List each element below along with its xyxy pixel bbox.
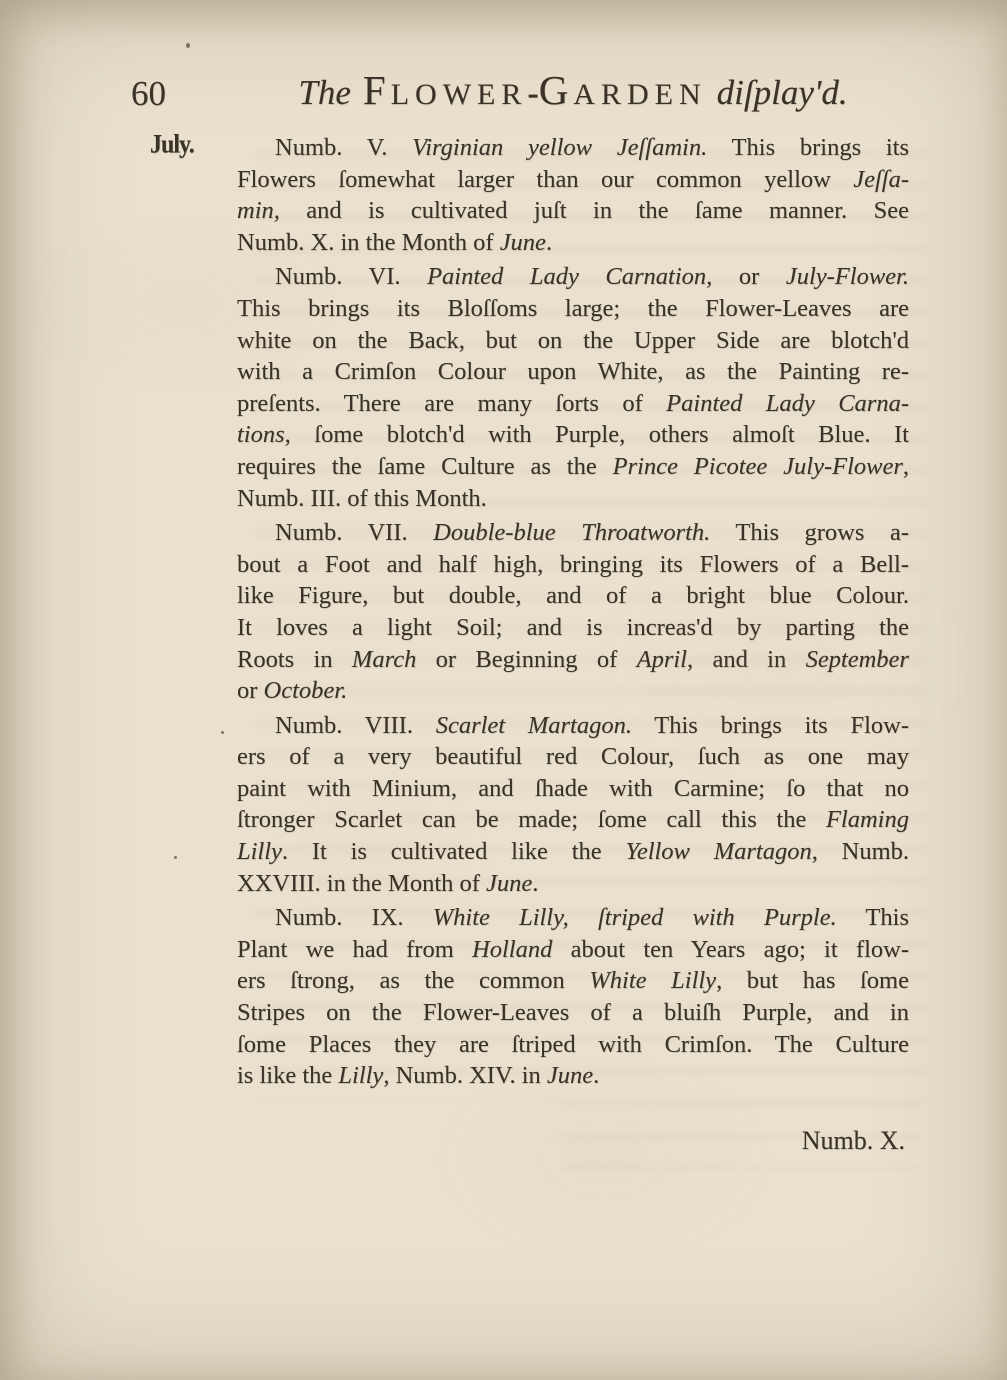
italic-text-segment: White Lilly <box>589 967 716 994</box>
text-segment: ſome blotch'd with Purple, others almoſt… <box>291 421 909 448</box>
paragraph: Numb. V. Virginian yellow Jeſſamin. This… <box>237 132 909 258</box>
header-lead-word: The <box>298 73 363 112</box>
text-line: ſome Places they are ſtriped with Crimſo… <box>237 1029 909 1061</box>
text-segment: , Numb. <box>812 838 909 865</box>
text-segment: This brings its Flow- <box>632 712 909 739</box>
text-segment: This grows a- <box>710 519 909 546</box>
italic-text-segment: June <box>500 229 546 256</box>
text-line: Numb. VII. Double-blue Throatworth. This… <box>237 517 909 549</box>
text-segment: Numb. IX. <box>275 904 433 931</box>
text-segment: Numb. X. in the Month of <box>237 229 500 256</box>
italic-text-segment: Painted Lady Carnation, <box>427 263 712 290</box>
book-page: 60 TheFLOWER-GARDENdiſplay'd. July. Numb… <box>0 0 1007 1380</box>
text-segment: XXVIII. in the Month of <box>237 870 486 897</box>
italic-text-segment: July-Flower. <box>786 263 909 290</box>
italic-text-segment: Holland <box>472 936 552 963</box>
text-line: ers of a very beautiful red Colour, ſuch… <box>237 741 909 773</box>
header-tail-word: diſplay'd. <box>707 73 848 112</box>
text-segment: . <box>546 229 552 256</box>
header-title-word1: LOWER <box>391 78 528 111</box>
text-line: Lilly. It is cultivated like the Yellow … <box>237 836 909 868</box>
italic-text-segment: Prince Picotee July-Flower <box>613 453 903 480</box>
text-segment: and is cultivated juſt in the ſame manne… <box>280 197 909 224</box>
text-line: XXVIII. in the Month of June. <box>237 868 909 900</box>
italic-text-segment: Lilly <box>237 838 282 865</box>
text-segment: This brings its <box>707 134 909 161</box>
text-segment: ers ſtrong, as the common <box>237 967 589 994</box>
text-line: white on the Back, but on the Upper Side… <box>237 325 909 357</box>
text-segment: with a Crimſon Colour upon White, as the… <box>237 358 909 385</box>
text-line: bout a Foot and half high, bringing its … <box>237 549 909 581</box>
text-line: preſents. There are many ſorts of Painte… <box>237 388 909 420</box>
italic-text-segment: Jeſſa- <box>853 166 909 193</box>
text-line: Numb. VI. Painted Lady Carnation, or Jul… <box>237 261 909 293</box>
paragraph: Numb. IX. White Lilly, ſtriped with Purp… <box>237 902 909 1092</box>
paragraph: Numb. VII. Double-blue Throatworth. This… <box>237 517 909 707</box>
header-title-initial-f: F <box>363 67 391 113</box>
text-line: or October. <box>237 675 909 707</box>
italic-text-segment: June <box>486 870 532 897</box>
italic-text-segment: Lilly <box>338 1062 383 1089</box>
paper-speck <box>174 856 177 859</box>
catchword: Numb. X. <box>237 1126 905 1156</box>
text-segment: . <box>532 870 538 897</box>
text-segment: It loves a light Soil; and is increas'd … <box>237 614 909 641</box>
header-title-hyphen: - <box>527 75 538 112</box>
text-segment: Plant we had from <box>237 936 472 963</box>
text-line: This brings its Bloſſoms large; the Flow… <box>237 293 909 325</box>
text-segment: , Numb. XIV. in <box>383 1062 547 1089</box>
text-segment: preſents. There are many ſorts of <box>237 390 666 417</box>
italic-text-segment: June <box>547 1062 593 1089</box>
text-segment: ſome Places they are ſtriped with Crimſo… <box>237 1031 909 1058</box>
text-segment: bout a Foot and half high, bringing its … <box>237 551 909 578</box>
text-line: Plant we had from Holland about ten Year… <box>237 934 909 966</box>
text-segment: paint with Minium, and ſhade with Carmin… <box>237 775 909 802</box>
italic-text-segment: Scarlet Martagon. <box>436 712 632 739</box>
text-segment: Numb. V. <box>275 134 412 161</box>
text-line: Stripes on the Flower-Leaves of a bluiſh… <box>237 997 909 1029</box>
margin-month-note: July. <box>150 131 194 160</box>
text-segment: Stripes on the Flower-Leaves of a bluiſh… <box>237 999 909 1026</box>
italic-text-segment: Virginian yellow Jeſſamin. <box>412 134 707 161</box>
text-line: Numb. IX. White Lilly, ſtriped with Purp… <box>237 902 909 934</box>
paper-speck <box>186 43 190 48</box>
text-line: requires the ſame Culture as the Prince … <box>237 451 909 483</box>
text-segment: or <box>712 263 786 290</box>
header-title-initial-g: G <box>539 67 574 113</box>
text-line: ers ſtrong, as the common White Lilly, b… <box>237 965 909 997</box>
header-title-word2: ARDEN <box>573 78 706 111</box>
text-segment: white on the Back, but on the Upper Side… <box>237 327 909 354</box>
text-segment: , but has ſome <box>716 967 909 994</box>
italic-text-segment: Double-blue Throatworth. <box>433 519 710 546</box>
italic-text-segment: Flaming <box>826 806 909 833</box>
italic-text-segment: tions, <box>237 421 291 448</box>
text-segment: Roots in <box>237 646 352 673</box>
text-segment: is like the <box>237 1062 338 1089</box>
text-segment: . It is cultivated like the <box>282 838 626 865</box>
page-number: 60 <box>131 74 166 114</box>
text-segment: or Beginning of <box>416 646 636 673</box>
text-segment: Numb. VI. <box>275 263 427 290</box>
text-segment: ers of a very beautiful red Colour, ſuch… <box>237 743 909 770</box>
italic-text-segment: October. <box>264 677 348 704</box>
running-header: TheFLOWER-GARDENdiſplay'd. <box>237 66 909 114</box>
text-line: Flowers ſomewhat larger than our common … <box>237 164 909 196</box>
italic-text-segment: Painted Lady Carna- <box>666 390 909 417</box>
text-segment: Flowers ſomewhat larger than our common … <box>237 166 853 193</box>
text-segment: . <box>593 1062 599 1089</box>
text-segment: like Figure, but double, and of a bright… <box>237 582 909 609</box>
italic-text-segment: March <box>352 646 416 673</box>
italic-text-segment: September <box>806 646 909 673</box>
text-line: paint with Minium, and ſhade with Carmin… <box>237 773 909 805</box>
text-segment: about ten Years ago; it flow- <box>552 936 909 963</box>
text-line: like Figure, but double, and of a bright… <box>237 580 909 612</box>
body-text: Numb. V. Virginian yellow Jeſſamin. This… <box>237 132 909 1095</box>
text-line: Numb. VIII. Scarlet Martagon. This bring… <box>237 710 909 742</box>
italic-text-segment: Yellow Martagon <box>625 838 811 865</box>
text-segment: ſtronger Scarlet can be made; ſome call … <box>237 806 826 833</box>
text-segment: Numb. III. of this Month. <box>237 485 487 512</box>
text-line: ſtronger Scarlet can be made; ſome call … <box>237 804 909 836</box>
text-line: Numb. V. Virginian yellow Jeſſamin. This… <box>237 132 909 164</box>
text-line: Numb. III. of this Month. <box>237 483 909 515</box>
text-segment: or <box>237 677 264 704</box>
text-segment: , and in <box>687 646 806 673</box>
text-segment: This <box>837 904 909 931</box>
text-segment: Numb. VIII. <box>275 712 436 739</box>
text-line: It loves a light Soil; and is increas'd … <box>237 612 909 644</box>
text-line: is like the Lilly, Numb. XIV. in June. <box>237 1060 909 1092</box>
text-segment: , <box>903 453 909 480</box>
italic-text-segment: White Lilly, ſtriped with Purple. <box>433 904 837 931</box>
text-line: Numb. X. in the Month of June. <box>237 227 909 259</box>
text-segment: requires the ſame Culture as the <box>237 453 613 480</box>
text-segment: This brings its Bloſſoms large; the Flow… <box>237 295 909 322</box>
italic-text-segment: min, <box>237 197 280 224</box>
text-line: with a Crimſon Colour upon White, as the… <box>237 356 909 388</box>
text-segment: Numb. VII. <box>275 519 433 546</box>
text-line: min, and is cultivated juſt in the ſame … <box>237 195 909 227</box>
text-line: tions, ſome blotch'd with Purple, others… <box>237 419 909 451</box>
paper-speck <box>221 731 224 734</box>
text-line: Roots in March or Beginning of April, an… <box>237 644 909 676</box>
paragraph: Numb. VI. Painted Lady Carnation, or Jul… <box>237 261 909 514</box>
paragraph: Numb. VIII. Scarlet Martagon. This bring… <box>237 710 909 900</box>
italic-text-segment: April <box>637 646 687 673</box>
